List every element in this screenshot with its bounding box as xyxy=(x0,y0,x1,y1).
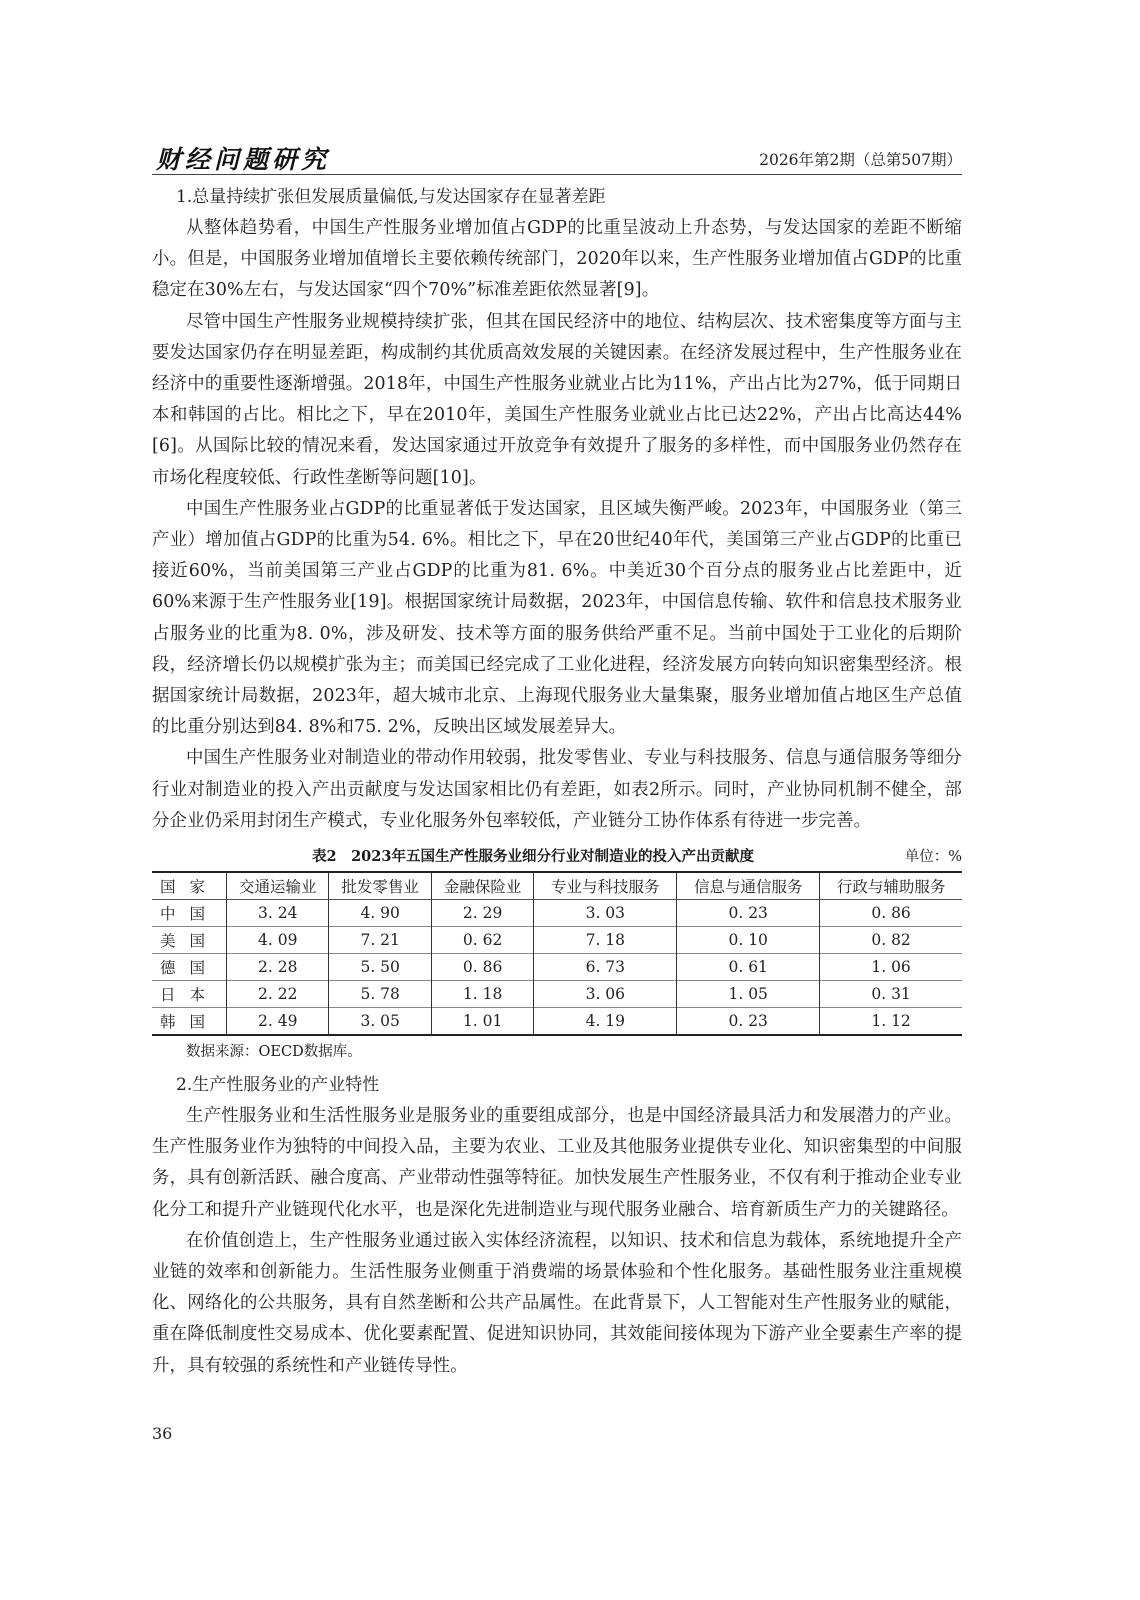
column-header: 专业与科技服务 xyxy=(534,872,677,900)
value-cell: 6. 73 xyxy=(534,954,677,981)
value-cell: 5. 78 xyxy=(329,981,431,1008)
table-header-row: 国家 交通运输业 批发零售业 金融保险业 专业与科技服务 信息与通信服务 行政与… xyxy=(152,872,962,900)
table-row: 中国 3. 24 4. 90 2. 29 3. 03 0. 23 0. 86 xyxy=(152,900,962,927)
column-header: 交通运输业 xyxy=(227,872,329,900)
paragraph: 在价值创造上，生产性服务业通过嵌入实体经济流程，以知识、技术和信息为载体，系统地… xyxy=(152,1226,962,1382)
page-header: 财经问题研究 2026年第2期（总第507期） xyxy=(152,140,962,175)
value-cell: 0. 31 xyxy=(820,981,962,1008)
value-cell: 3. 03 xyxy=(534,900,677,927)
value-cell: 0. 86 xyxy=(431,954,533,981)
value-cell: 5. 50 xyxy=(329,954,431,981)
table-row: 日本 2. 22 5. 78 1. 18 3. 06 1. 05 0. 31 xyxy=(152,981,962,1008)
value-cell: 1. 01 xyxy=(431,1008,533,1036)
table-row: 韩国 2. 49 3. 05 1. 01 4. 19 0. 23 1. 12 xyxy=(152,1008,962,1036)
value-cell: 1. 06 xyxy=(820,954,962,981)
table-unit: 单位：% xyxy=(905,845,962,866)
value-cell: 0. 86 xyxy=(820,900,962,927)
column-header: 金融保险业 xyxy=(431,872,533,900)
column-header: 信息与通信服务 xyxy=(677,872,820,900)
value-cell: 0. 61 xyxy=(677,954,820,981)
value-cell: 2. 22 xyxy=(227,981,329,1008)
value-cell: 4. 19 xyxy=(534,1008,677,1036)
value-cell: 7. 18 xyxy=(534,927,677,954)
table-row: 德国 2. 28 5. 50 0. 86 6. 73 0. 61 1. 06 xyxy=(152,954,962,981)
section-heading-1: 1.总量持续扩张但发展质量偏低,与发达国家存在显著差距 xyxy=(152,182,962,213)
value-cell: 2. 28 xyxy=(227,954,329,981)
value-cell: 0. 23 xyxy=(677,1008,820,1036)
value-cell: 1. 18 xyxy=(431,981,533,1008)
value-cell: 2. 29 xyxy=(431,900,533,927)
paragraph: 生产性服务业和生活性服务业是服务业的重要组成部分，也是中国经济最具活力和发展潜力… xyxy=(152,1101,962,1226)
paragraph: 中国生产性服务业占GDP的比重显著低于发达国家，且区域失衡严峻。2023年，中国… xyxy=(152,494,962,744)
column-header: 国家 xyxy=(152,872,227,900)
column-header: 批发零售业 xyxy=(329,872,431,900)
table-source-note: 数据来源：OECD数据库。 xyxy=(152,1038,962,1066)
value-cell: 2. 49 xyxy=(227,1008,329,1036)
paragraph: 中国生产性服务业对制造业的带动作用较弱，批发零售业、专业与科技服务、信息与通信服… xyxy=(152,743,962,837)
table-caption: 表2 2023年五国生产性服务业细分行业对制造业的投入产出贡献度 单位：% xyxy=(152,843,962,871)
paragraph: 从整体趋势看，中国生产性服务业增加值占GDP的比重呈波动上升态势，与发达国家的差… xyxy=(152,213,962,307)
country-cell: 日本 xyxy=(152,981,227,1008)
country-cell: 中国 xyxy=(152,900,227,927)
article-body: 1.总量持续扩张但发展质量偏低,与发达国家存在显著差距 从整体趋势看，中国生产性… xyxy=(152,182,962,1382)
data-table: 国家 交通运输业 批发零售业 金融保险业 专业与科技服务 信息与通信服务 行政与… xyxy=(152,871,962,1036)
value-cell: 0. 23 xyxy=(677,900,820,927)
table-row: 美国 4. 09 7. 21 0. 62 7. 18 0. 10 0. 82 xyxy=(152,927,962,954)
issue-info: 2026年第2期（总第507期） xyxy=(759,148,962,170)
section-heading-2: 2.生产性服务业的产业特性 xyxy=(152,1070,962,1101)
column-header: 行政与辅助服务 xyxy=(820,872,962,900)
value-cell: 7. 21 xyxy=(329,927,431,954)
table-title: 表2 2023年五国生产性服务业细分行业对制造业的投入产出贡献度 xyxy=(312,845,754,866)
value-cell: 0. 62 xyxy=(431,927,533,954)
value-cell: 0. 10 xyxy=(677,927,820,954)
value-cell: 3. 05 xyxy=(329,1008,431,1036)
value-cell: 1. 12 xyxy=(820,1008,962,1036)
page-number: 36 xyxy=(152,1424,172,1443)
country-cell: 德国 xyxy=(152,954,227,981)
journal-logo: 财经问题研究 xyxy=(156,140,330,176)
value-cell: 3. 24 xyxy=(227,900,329,927)
value-cell: 3. 06 xyxy=(534,981,677,1008)
country-cell: 韩国 xyxy=(152,1008,227,1036)
value-cell: 4. 90 xyxy=(329,900,431,927)
value-cell: 0. 82 xyxy=(820,927,962,954)
value-cell: 1. 05 xyxy=(677,981,820,1008)
country-cell: 美国 xyxy=(152,927,227,954)
paragraph: 尽管中国生产性服务业规模持续扩张，但其在国民经济中的地位、结构层次、技术密集度等… xyxy=(152,307,962,494)
value-cell: 4. 09 xyxy=(227,927,329,954)
